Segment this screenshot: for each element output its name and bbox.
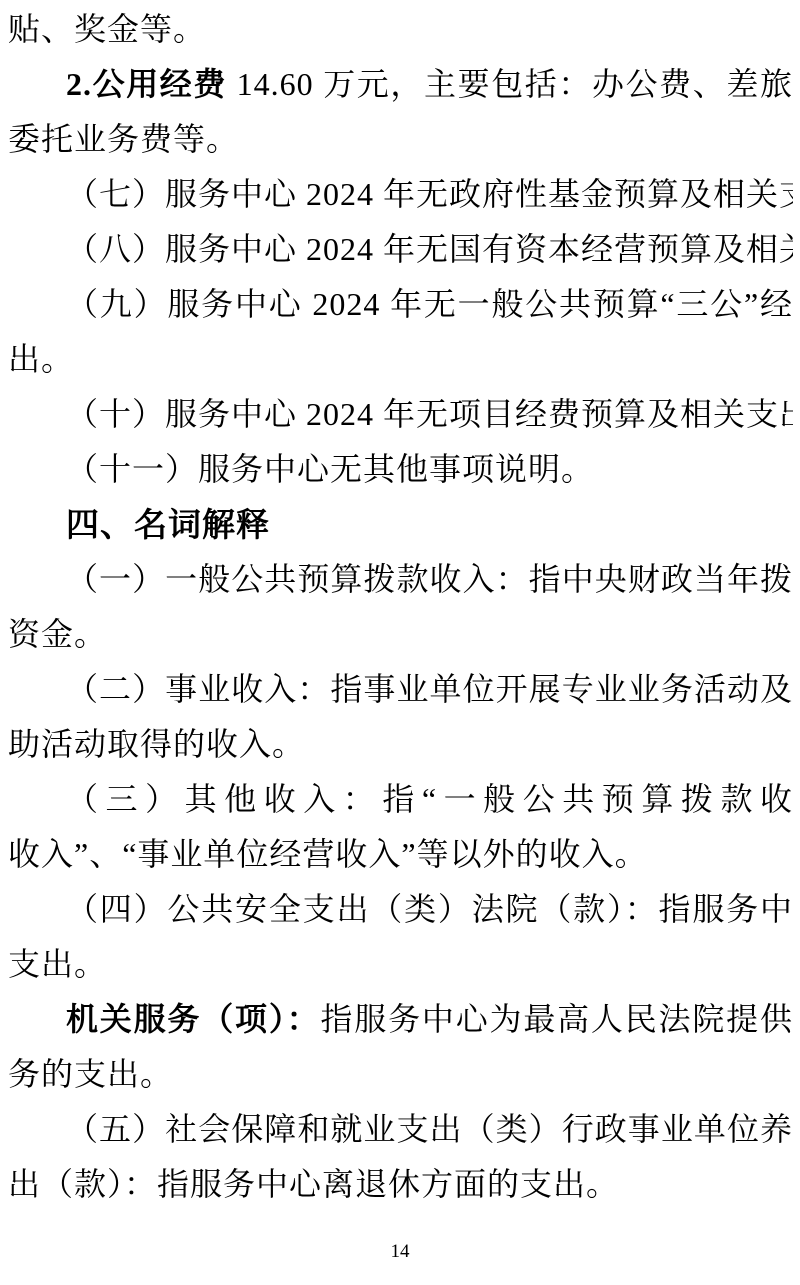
body-text-line: 机关服务（项）：指服务中心为最高人民法院提供后勤服 — [8, 992, 793, 1047]
body-text-line: （五）社会保障和就业支出（类）行政事业单位养老支 — [8, 1102, 793, 1157]
body-text-line: （八）服务中心 2024 年无国有资本经营预算及相关支出。 — [8, 222, 793, 277]
bold-run: 机关服务（项）： — [66, 1001, 320, 1037]
body-text-line: （一）一般公共预算拨款收入：指中央财政当年拨付的 — [8, 552, 793, 607]
body-text-line: 2.公用经费 14.60 万元，主要包括：办公费、差旅费、 — [8, 57, 793, 112]
body-text-line: （十一）服务中心无其他事项说明。 — [8, 442, 793, 497]
body-text-line: 出。 — [8, 332, 793, 387]
body-text-line: 务的支出。 — [8, 1047, 793, 1102]
document-page: 贴、奖金等。 2.公用经费 14.60 万元，主要包括：办公费、差旅费、 委托业… — [0, 0, 800, 1285]
body-text-line: （七）服务中心 2024 年无政府性基金预算及相关支出。 — [8, 167, 793, 222]
body-text-line: （二）事业收入：指事业单位开展专业业务活动及其辅 — [8, 662, 793, 717]
body-text-line: 支出。 — [8, 937, 793, 992]
body-text-line: （九）服务中心 2024 年无一般公共预算“三公”经费支 — [8, 277, 793, 332]
body-text-line: 收入”、“事业单位经营收入”等以外的收入。 — [8, 827, 793, 882]
section-heading: 四、名词解释 — [8, 497, 793, 552]
body-text-line: 资金。 — [8, 607, 793, 662]
body-text-line: 委托业务费等。 — [8, 112, 793, 167]
body-text-line: （十）服务中心 2024 年无项目经费预算及相关支出。 — [8, 387, 793, 442]
body-text-line: 贴、奖金等。 — [8, 2, 793, 57]
body-text-line: 出（款）：指服务中心离退休方面的支出。 — [8, 1157, 793, 1212]
bold-run: 2.公用经费 — [66, 66, 227, 102]
body-text-line: （四）公共安全支出（类）法院（款）：指服务中心各项 — [8, 882, 793, 937]
body-text-line: 助活动取得的收入。 — [8, 717, 793, 772]
body-text-line: （三）其他收入：指“一般公共预算拨款收入”、“事业 — [8, 772, 793, 827]
page-number: 14 — [0, 1241, 800, 1263]
document-body: 贴、奖金等。 2.公用经费 14.60 万元，主要包括：办公费、差旅费、 委托业… — [8, 2, 793, 1212]
